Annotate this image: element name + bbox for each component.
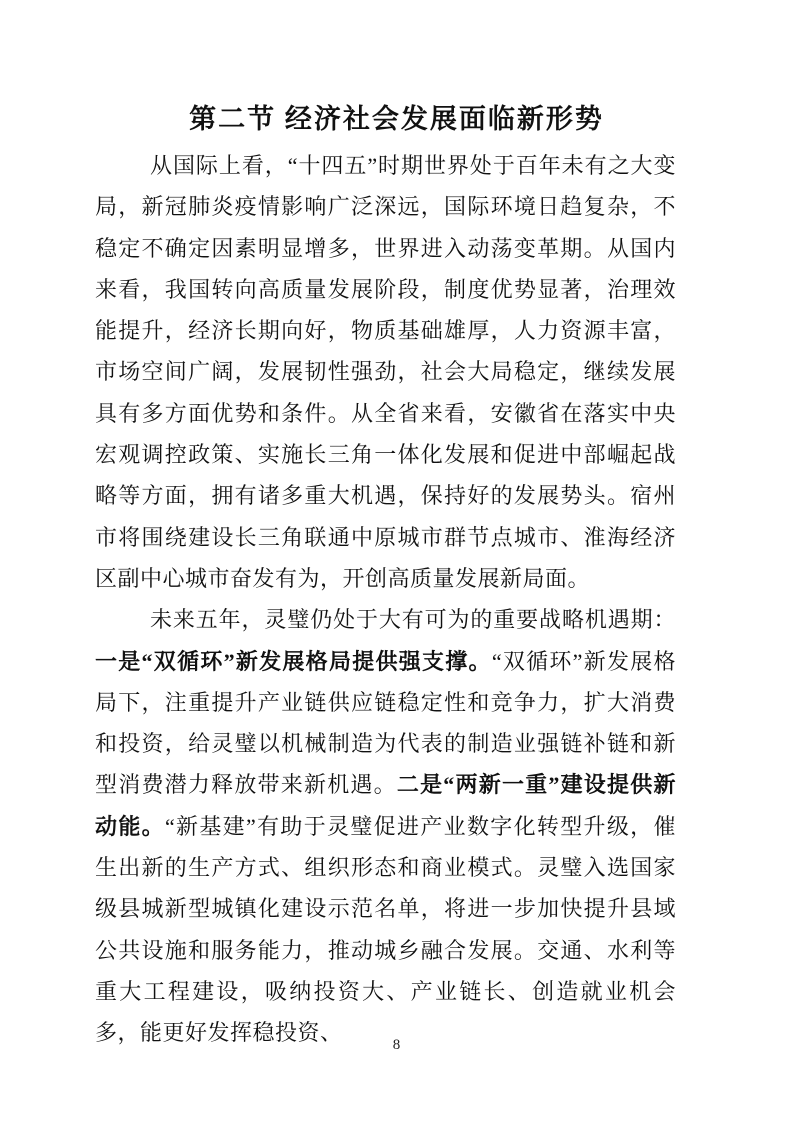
emphasis-text-run: 一是“双循环”新发展格局提供强支撑。	[95, 649, 492, 674]
text-run: 未来五年，灵璧仍处于大有可为的重要战略机遇期：	[150, 607, 676, 632]
document-page: 第二节 经济社会发展面临新形势 从国际上看，“十四五”时期世界处于百年未有之大变…	[0, 0, 793, 1122]
paragraph-strategic-opportunities: 未来五年，灵璧仍处于大有可为的重要战略机遇期：一是“双循环”新发展格局提供强支撑…	[95, 599, 676, 1053]
text-run: 从国际上看，“十四五”时期世界处于百年未有之大变局，新冠肺炎疫情影响广泛深远，国…	[95, 153, 676, 591]
text-run: “新基建”有助于灵璧促进产业数字化转型升级，催生出新的生产方式、组织形态和商业模…	[95, 814, 676, 1045]
document-body: 从国际上看，“十四五”时期世界处于百年未有之大变局，新冠肺炎疫情影响广泛深远，国…	[95, 145, 676, 1054]
page-number: 8	[0, 1037, 793, 1054]
section-heading: 第二节 经济社会发展面临新形势	[0, 101, 793, 137]
paragraph-international-domestic-situation: 从国际上看，“十四五”时期世界处于百年未有之大变局，新冠肺炎疫情影响广泛深远，国…	[95, 145, 676, 599]
